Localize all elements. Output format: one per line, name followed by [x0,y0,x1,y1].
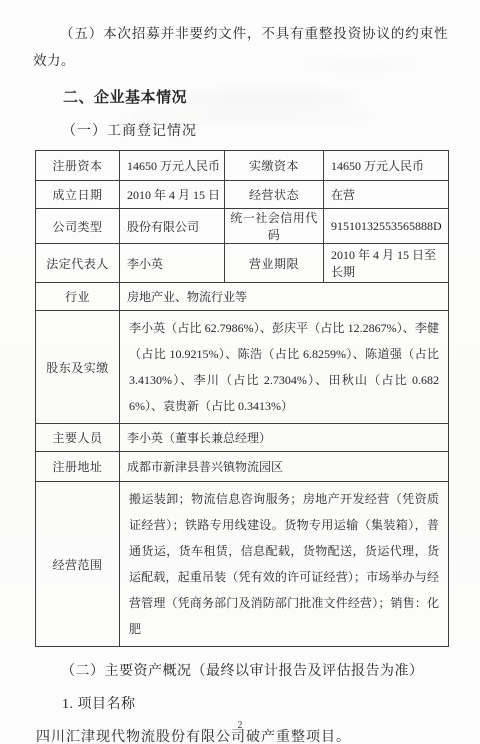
section-title-company-basics: 二、企业基本情况 [63,86,480,107]
table-row-legal-representative: 法定代表人 李小英 营业期限 2010 年 4 月 15 日至长期 [36,244,449,283]
cell-value: 李小英（占比 62.7986%）、彭庆平（占比 12.2867%）、李健（占比 … [120,311,449,424]
cell-label: 营业期限 [225,244,324,283]
cell-value: 成都市新津县普兴镇物流园区 [120,452,449,482]
cell-value: 搬运装卸；物流信息咨询服务；房地产开发经营（凭资质证经营）；铁路专用线建设。货物… [120,482,449,647]
cell-value: 91510132553565888D [324,209,449,244]
cell-label: 股东及实缴 [36,311,120,424]
cell-value: 在营 [324,181,449,209]
cell-label: 行业 [36,283,120,311]
cell-label: 经营范围 [36,482,120,647]
cell-label: 主要人员 [36,424,120,452]
cell-label: 注册地址 [36,452,120,482]
cell-label: 成立日期 [36,181,120,209]
cell-label: 经营状态 [225,181,324,209]
cell-label: 法定代表人 [36,244,120,283]
cell-value: 股份有限公司 [120,209,225,244]
paragraph-disclaimer: （五）本次招募并非要约文件，不具有重整投资协议的约束性效力。 [33,20,448,74]
cell-value: 14650 万元人民币 [120,151,225,181]
cell-label: 公司类型 [36,209,120,244]
cell-label: 统一社会信用代码 [225,209,324,244]
subsection-title-registration: （一）工商登记情况 [62,120,480,140]
cell-value: 李小英（董事长兼总经理） [120,424,449,452]
document-page: （五）本次招募并非要约文件，不具有重整投资协议的约束性效力。 二、企业基本情况 … [0,0,480,744]
subsection-title-main-assets: （二）主要资产概况（最终以审计报告及评估报告为准） [61,660,448,680]
table-row-industry: 行业 房地产业、物流行业等 [36,283,449,311]
table-row-establish-date: 成立日期 2010 年 4 月 15 日 经营状态 在营 [36,181,449,209]
registration-table: 注册资本 14650 万元人民币 实缴资本 14650 万元人民币 成立日期 2… [35,150,449,647]
table-row-business-scope: 经营范围 搬运装卸；物流信息咨询服务；房地产开发经营（凭资质证经营）；铁路专用线… [36,482,449,647]
table-row-key-personnel: 主要人员 李小英（董事长兼总经理） [36,424,449,452]
cell-label: 注册资本 [36,151,120,181]
table-row-registered-address: 注册地址 成都市新津县普兴镇物流园区 [36,452,449,482]
cell-value: 房地产业、物流行业等 [120,283,449,311]
page-number: 2 [0,720,480,731]
cell-value: 14650 万元人民币 [324,151,449,181]
table-row-company-type: 公司类型 股份有限公司 统一社会信用代码 91510132553565888D [36,209,449,244]
cell-value: 李小英 [120,244,225,283]
table-row-registered-capital: 注册资本 14650 万元人民币 实缴资本 14650 万元人民币 [36,151,449,181]
cell-value: 2010 年 4 月 15 日 [120,181,225,209]
cell-value: 2010 年 4 月 15 日至长期 [324,244,449,283]
item-title-project-name: 1. 项目名称 [62,693,448,713]
cell-label: 实缴资本 [225,151,324,181]
table-row-shareholders: 股东及实缴 李小英（占比 62.7986%）、彭庆平（占比 12.2867%）、… [36,311,449,424]
